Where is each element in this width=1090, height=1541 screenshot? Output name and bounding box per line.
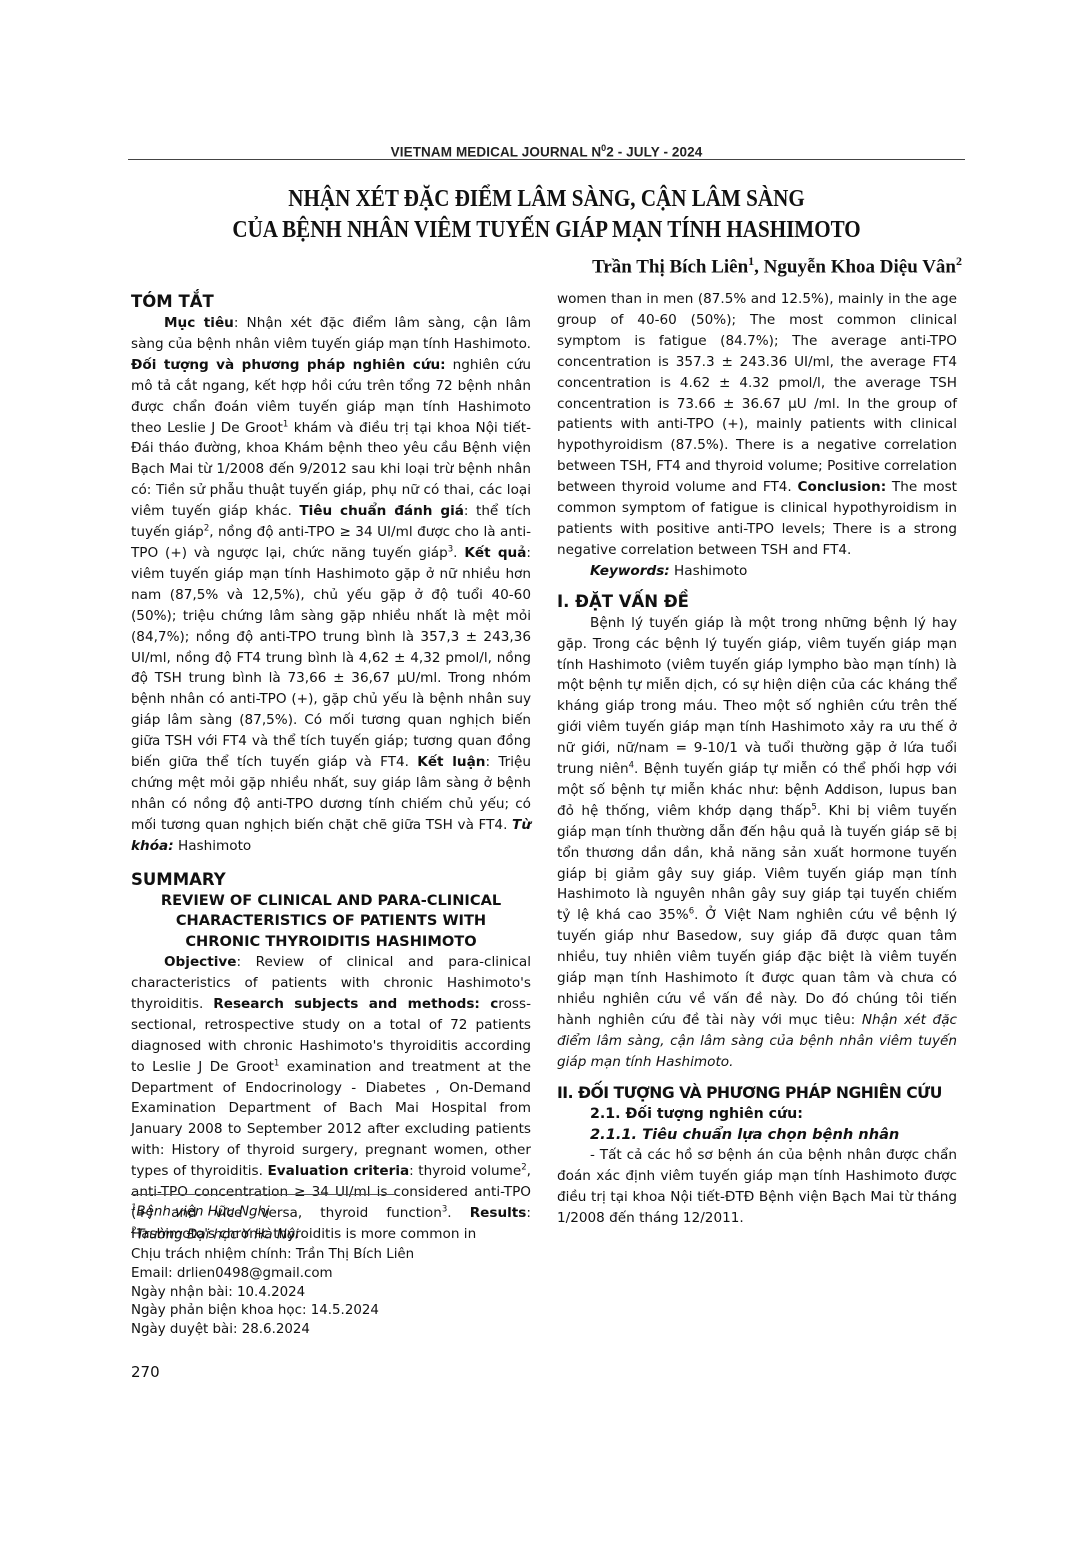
text-results-vi: : viêm tuyến giáp mạn tính Hashimoto gặp… [131,545,531,770]
label-conclusion-vi: Kết luận [417,754,485,770]
email: Email: drlien0498@gmail.com [131,1265,531,1284]
corresponding-author: Chịu trách nhiệm chính: Trần Thị Bích Li… [131,1246,531,1265]
section-2-heading: II. ĐỐI TƯỢNG VÀ PHƯƠNG PHÁP NGHIÊN CỨU [557,1082,957,1104]
date-received: Ngày nhận bài: 10.4.2024 [131,1284,531,1303]
abstract-en-heading: SUMMARY [131,869,531,891]
label-conclusion-en: Conclusion: [798,479,887,495]
footnote-rule [131,1194,395,1195]
summary-title-line-3: CHRONIC THYROIDITIS HASHIMOTO [131,932,531,953]
journal-name: VIETNAM MEDICAL JOURNAL N [391,145,602,160]
section-1-text-d: . Ở Việt Nam nghiên cứu về bệnh lý tuyến… [557,907,957,1028]
label-methods-en: Research subjects and methods: c [213,996,498,1012]
text-keywords-en: Hashimoto [670,563,748,579]
subsection-2-1-1: 2.1.1. Tiêu chuẩn lựa chọn bệnh nhân [557,1125,957,1146]
affiliation-2-text: Trường Đại học Y Hà Nội [136,1228,298,1243]
text-criteria-en-a: : thyroid volume [409,1163,521,1179]
label-objective-vi: Mục tiêu [164,315,234,331]
title-line-1: NHẬN XÉT ĐẶC ĐIỂM LÂM SÀNG, CẬN LÂM SÀNG [187,183,907,214]
date-reviewed: Ngày phản biện khoa học: 14.5.2024 [131,1302,531,1321]
footnotes: 1Bệnh viện Hữu Nghị 2Trường Đại học Y Hà… [131,1199,531,1340]
label-methods-vi: Đối tượng và phương pháp nghiên cứu: [131,357,446,373]
article-title: NHẬN XÉT ĐẶC ĐIỂM LÂM SÀNG, CẬN LÂM SÀNG… [187,183,907,245]
page-number: 270 [131,1363,160,1381]
label-criteria-vi: Tiêu chuẩn đánh giá [299,503,464,519]
affiliation-2: 2Trường Đại học Y Hà Nội [131,1222,531,1245]
author-2-affil: 2 [956,254,962,268]
keywords-en: Keywords: Hashimoto [557,561,957,582]
author-1-affil: 1 [748,254,754,268]
label-objective-en: Objective [164,954,236,970]
subsection-2-1: 2.1. Đối tượng nghiên cứu: [557,1104,957,1125]
authors: Trần Thị Bích Liên1, Nguyễn Khoa Diệu Vâ… [592,254,962,278]
summary-title-line-2: CHARACTERISTICS OF PATIENTS WITH [131,911,531,932]
section-1-text-c: . Khi bị viêm tuyến giáp mạn tính thường… [557,803,957,924]
header-rule [128,159,965,160]
author-1: Trần Thị Bích Liên [592,256,748,277]
label-keywords-en: Keywords: [590,563,670,579]
section-1-heading: I. ĐẶT VẤN ĐỀ [557,591,957,613]
label-criteria-en: Evaluation criteria [268,1163,410,1179]
section-2-body: - Tất cả các hồ sơ bệnh án của bệnh nhân… [557,1145,957,1229]
text-methods-en-b: examination and treatment at the Departm… [131,1059,531,1180]
summary-title-line-1: REVIEW OF CLINICAL AND PARA-CLINICAL [131,891,531,912]
abstract-en-continued: women than in men (87.5% and 12.5%), mai… [557,289,957,561]
text-keywords-vi: Hashimoto [174,838,252,854]
left-column: TÓM TẮT Mục tiêu: Nhận xét đặc điểm lâm … [131,291,531,1245]
date-accepted: Ngày duyệt bài: 28.6.2024 [131,1321,531,1340]
issue-date: 2 - JULY - 2024 [606,145,702,160]
abstract-vi-heading: TÓM TẮT [131,291,531,313]
text-criteria-vi-c: . [453,545,464,561]
abstract-vi-body: Mục tiêu: Nhận xét đặc điểm lâm sàng, cậ… [131,313,531,857]
author-2: Nguyễn Khoa Diệu Vân [764,256,956,277]
right-column: women than in men (87.5% and 12.5%), mai… [557,289,957,1229]
label-results-vi: Kết quả [464,545,526,561]
section-1-body: Bệnh lý tuyến giáp là một trong những bệ… [557,613,957,1073]
affiliation-1: 1Bệnh viện Hữu Nghị [131,1199,531,1222]
affiliation-1-text: Bệnh viện Hữu Nghị [136,1204,269,1219]
section-1-text-a: Bệnh lý tuyến giáp là một trong những bệ… [557,615,957,777]
journal-header: VIETNAM MEDICAL JOURNAL N02 - JULY - 202… [128,143,965,160]
text-results-en-part2: women than in men (87.5% and 12.5%), mai… [557,291,957,495]
title-line-2: CỦA BỆNH NHÂN VIÊM TUYẾN GIÁP MẠN TÍNH H… [187,214,907,245]
